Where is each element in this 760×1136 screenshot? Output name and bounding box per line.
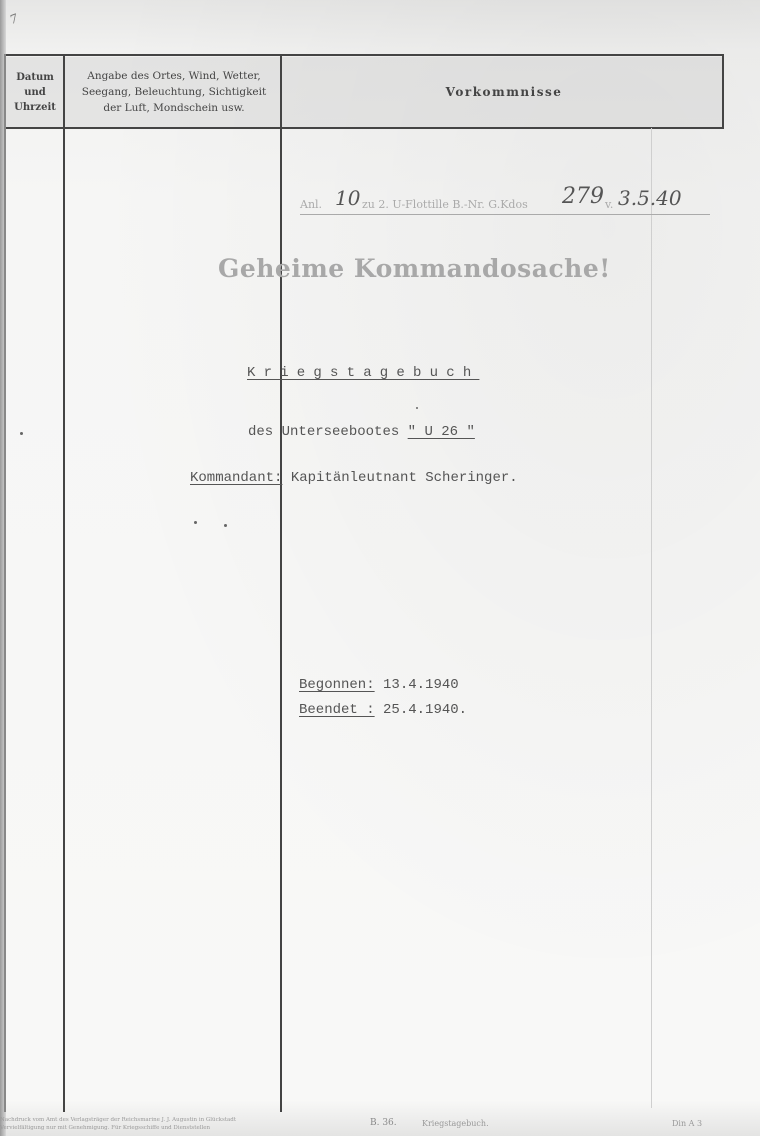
header-angabe-line3: der Luft, Mondschein usw. <box>82 100 266 116</box>
registry-number: 279 <box>562 184 604 209</box>
faint-margin-line <box>651 128 652 1108</box>
header-vorkommnisse: Vorkommnisse <box>284 58 724 126</box>
form-title: Kriegstagebuch. <box>422 1119 489 1128</box>
document-title: Kriegstagebuch <box>247 365 479 381</box>
begun-date: 13.4.1940 <box>383 677 459 693</box>
begun-label: Begonnen: <box>299 677 375 693</box>
ink-speck <box>224 524 227 527</box>
table-header-bottom-rule <box>4 127 724 129</box>
column-divider-1 <box>63 54 65 1112</box>
reference-line: Anl. 10 zu 2. U-Flottille B.-Nr. G.Kdos … <box>300 192 710 215</box>
boat-type: Unterseebootes <box>282 424 400 440</box>
din-format: Din A 3 <box>672 1119 702 1128</box>
printer-note-line1: Nachdruck vom Amt des Verlagsträger der … <box>0 1116 360 1124</box>
header-angabe: Angabe des Ortes, Wind, Wetter, Seegang,… <box>66 58 282 126</box>
boat-name: " U 26 " <box>408 424 475 440</box>
ended-date: 25.4.1940. <box>383 702 467 718</box>
ink-speck <box>416 407 418 409</box>
classification-stamp: Geheime Kommandosache! <box>218 254 611 283</box>
boat-prefix: des <box>248 424 273 440</box>
ref-vom: v. <box>605 198 613 211</box>
ink-speck <box>194 521 197 524</box>
boat-line: des Unterseebootes " U 26 " <box>248 424 475 440</box>
ref-middle-text: zu 2. U-Flottille B.-Nr. G.Kdos <box>362 198 528 211</box>
table-left-rule <box>4 54 6 1112</box>
table-top-rule <box>4 54 724 56</box>
form-number: B. 36. <box>370 1118 397 1128</box>
printer-note-line2: Vervielfältigung nur mit Genehmigung. Fü… <box>0 1124 360 1132</box>
reference-date: 3.5.40 <box>618 186 682 210</box>
header-angabe-line2: Seegang, Beleuchtung, Sichtigkeit <box>82 84 266 100</box>
header-datum-line1: Datum <box>14 70 56 85</box>
ink-speck <box>20 432 23 435</box>
commander-label: Kommandant: <box>190 470 282 486</box>
anlage-number: 10 <box>335 186 360 210</box>
header-datum-line3: Uhrzeit <box>14 100 56 115</box>
ended-label: Beendet : <box>299 702 375 718</box>
commander-name: Kapitänleutnant Scheringer. <box>291 470 518 486</box>
ended-line: Beendet : 25.4.1940. <box>299 702 467 718</box>
column-divider-2 <box>280 54 282 1112</box>
printer-note: Nachdruck vom Amt des Verlagsträger der … <box>0 1116 360 1132</box>
header-datum-uhrzeit: Datum und Uhrzeit <box>6 58 64 126</box>
commander-line: Kommandant: Kapitänleutnant Scheringer. <box>190 470 518 486</box>
begun-line: Begonnen: 13.4.1940 <box>299 677 459 693</box>
paper-background <box>0 0 760 1136</box>
header-datum-line2: und <box>14 85 56 100</box>
ref-prefix: Anl. <box>300 198 322 211</box>
header-angabe-line1: Angabe des Ortes, Wind, Wetter, <box>82 68 266 84</box>
